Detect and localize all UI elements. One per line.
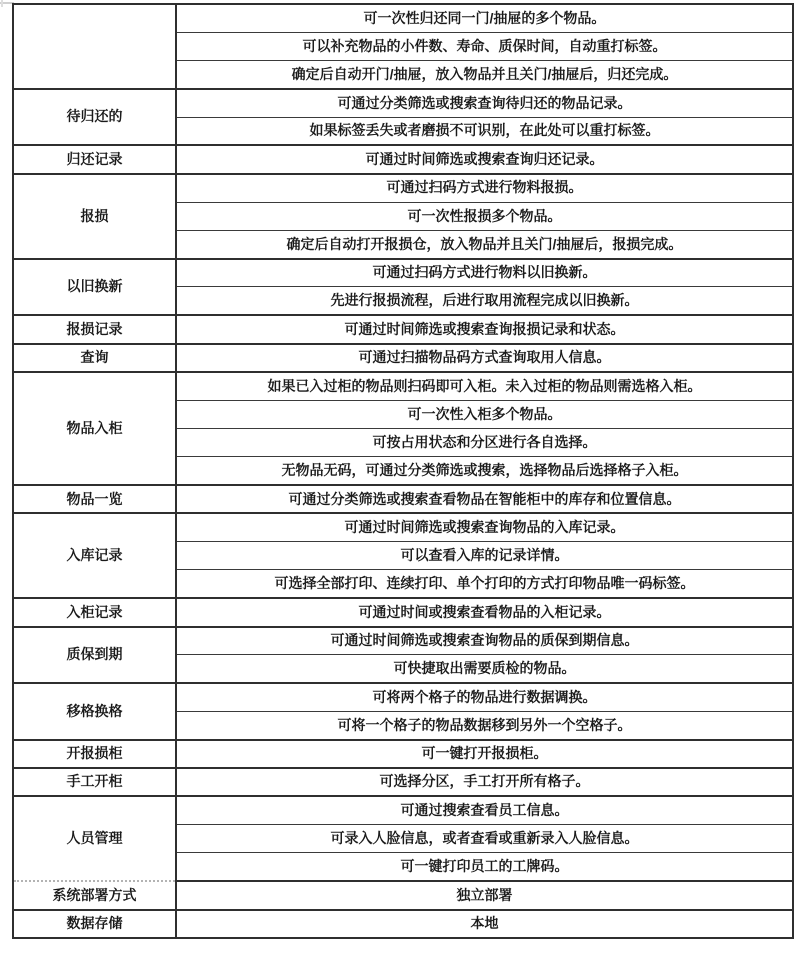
feature-table-body: 可一次性归还同一门/抽屉的多个物品。可以补充物品的小件数、寿命、质保时间，自动重… <box>13 4 793 938</box>
category-label: 以旧换新 <box>13 259 176 316</box>
feature-description: 可通过时间筛选或搜索查询物品的质保到期信息。 <box>176 627 793 655</box>
table-row: 查询可通过扫描物品码方式查询取用人信息。 <box>13 344 793 372</box>
feature-description: 可以查看入库的记录详情。 <box>176 542 793 570</box>
feature-description: 可通过分类筛选或搜索查看物品在智能柜中的库存和位置信息。 <box>176 485 793 513</box>
table-row: 数据存储本地 <box>13 910 793 938</box>
category-label: 手工开柜 <box>13 768 176 796</box>
feature-description: 可通过扫码方式进行物料报损。 <box>176 174 793 202</box>
feature-description: 可将两个格子的物品进行数据调换。 <box>176 683 793 711</box>
feature-table: 可一次性归还同一门/抽屉的多个物品。可以补充物品的小件数、寿命、质保时间，自动重… <box>12 3 794 939</box>
feature-description: 无物品无码，可通过分类筛选或搜索，选择物品后选择格子入柜。 <box>176 457 793 485</box>
category-label: 报损 <box>13 174 176 259</box>
category-label: 开报损柜 <box>13 740 176 768</box>
feature-description: 本地 <box>176 910 793 938</box>
page: { "page": { "background": "#ffffff" }, "… <box>0 0 800 964</box>
table-row: 系统部署方式独立部署 <box>13 881 793 909</box>
feature-description: 可通过扫描物品码方式查询取用人信息。 <box>176 344 793 372</box>
feature-description: 先进行报损流程，后进行取用流程完成以旧换新。 <box>176 287 793 315</box>
feature-description: 可通过时间或搜索查看物品的入柜记录。 <box>176 598 793 626</box>
table-row: 物品入柜如果已入过柜的物品则扫码即可入柜。未入过柜的物品则需选格入柜。 <box>13 372 793 400</box>
feature-description: 可一次性归还同一门/抽屉的多个物品。 <box>176 4 793 32</box>
feature-description: 如果标签丢失或者磨损不可识别，在此处可以重打标签。 <box>176 117 793 145</box>
category-label <box>13 4 176 89</box>
feature-description: 可通过时间筛选或搜索查询报损记录和状态。 <box>176 315 793 343</box>
feature-description: 可通过时间筛选或搜索查询物品的入库记录。 <box>176 513 793 541</box>
table-row: 报损可通过扫码方式进行物料报损。 <box>13 174 793 202</box>
table-row: 以旧换新可通过扫码方式进行物料以旧换新。 <box>13 259 793 287</box>
category-label: 报损记录 <box>13 315 176 343</box>
feature-description: 可选择全部打印、连续打印、单个打印的方式打印物品唯一码标签。 <box>176 570 793 598</box>
category-label: 质保到期 <box>13 627 176 684</box>
feature-description: 如果已入过柜的物品则扫码即可入柜。未入过柜的物品则需选格入柜。 <box>176 372 793 400</box>
feature-description: 可通过时间筛选或搜索查询归还记录。 <box>176 145 793 173</box>
category-label: 移格换格 <box>13 683 176 740</box>
category-label: 物品一览 <box>13 485 176 513</box>
feature-description: 可一次性报损多个物品。 <box>176 202 793 230</box>
table-row: 物品一览可通过分类筛选或搜索查看物品在智能柜中的库存和位置信息。 <box>13 485 793 513</box>
feature-description: 确定后自动打开报损仓，放入物品并且关门/抽屉后，报损完成。 <box>176 230 793 258</box>
feature-description: 可一次性入柜多个物品。 <box>176 400 793 428</box>
category-label: 系统部署方式 <box>13 881 176 909</box>
feature-description: 可选择分区，手工打开所有格子。 <box>176 768 793 796</box>
feature-description: 可快捷取出需要质检的物品。 <box>176 655 793 683</box>
table-row: 归还记录可通过时间筛选或搜索查询归还记录。 <box>13 145 793 173</box>
category-label: 入库记录 <box>13 513 176 598</box>
feature-description: 可按占用状态和分区进行各自选择。 <box>176 428 793 456</box>
table-row: 人员管理可通过搜索查看员工信息。 <box>13 796 793 824</box>
feature-description: 可通过分类筛选或搜索查询待归还的物品记录。 <box>176 89 793 117</box>
feature-description: 可以补充物品的小件数、寿命、质保时间，自动重打标签。 <box>176 32 793 60</box>
table-row: 入柜记录可通过时间或搜索查看物品的入柜记录。 <box>13 598 793 626</box>
feature-description: 可通过搜索查看员工信息。 <box>176 796 793 824</box>
feature-description: 确定后自动开门/抽屉，放入物品并且关门/抽屉后，归还完成。 <box>176 61 793 89</box>
feature-description: 可通过扫码方式进行物料以旧换新。 <box>176 259 793 287</box>
table-row: 手工开柜可选择分区，手工打开所有格子。 <box>13 768 793 796</box>
table-row: 移格换格可将两个格子的物品进行数据调换。 <box>13 683 793 711</box>
category-label: 入柜记录 <box>13 598 176 626</box>
table-row: 开报损柜可一键打开报损柜。 <box>13 740 793 768</box>
category-label: 人员管理 <box>13 796 176 881</box>
category-label: 待归还的 <box>13 89 176 146</box>
category-label: 查询 <box>13 344 176 372</box>
feature-description: 独立部署 <box>176 881 793 909</box>
feature-description: 可将一个格子的物品数据移到另外一个空格子。 <box>176 711 793 739</box>
feature-description: 可一键打开报损柜。 <box>176 740 793 768</box>
table-row: 可一次性归还同一门/抽屉的多个物品。 <box>13 4 793 32</box>
feature-description: 可一键打印员工的工牌码。 <box>176 853 793 881</box>
category-label: 归还记录 <box>13 145 176 173</box>
page-edge-artifact-vertical <box>1 0 3 7</box>
table-row: 入库记录可通过时间筛选或搜索查询物品的入库记录。 <box>13 513 793 541</box>
category-label: 物品入柜 <box>13 372 176 485</box>
table-row: 质保到期可通过时间筛选或搜索查询物品的质保到期信息。 <box>13 627 793 655</box>
feature-description: 可录入人脸信息，或者查看或重新录入人脸信息。 <box>176 825 793 853</box>
feature-table-container: 可一次性归还同一门/抽屉的多个物品。可以补充物品的小件数、寿命、质保时间，自动重… <box>12 3 792 938</box>
category-label: 数据存储 <box>13 910 176 938</box>
table-row: 报损记录可通过时间筛选或搜索查询报损记录和状态。 <box>13 315 793 343</box>
table-row: 待归还的可通过分类筛选或搜索查询待归还的物品记录。 <box>13 89 793 117</box>
